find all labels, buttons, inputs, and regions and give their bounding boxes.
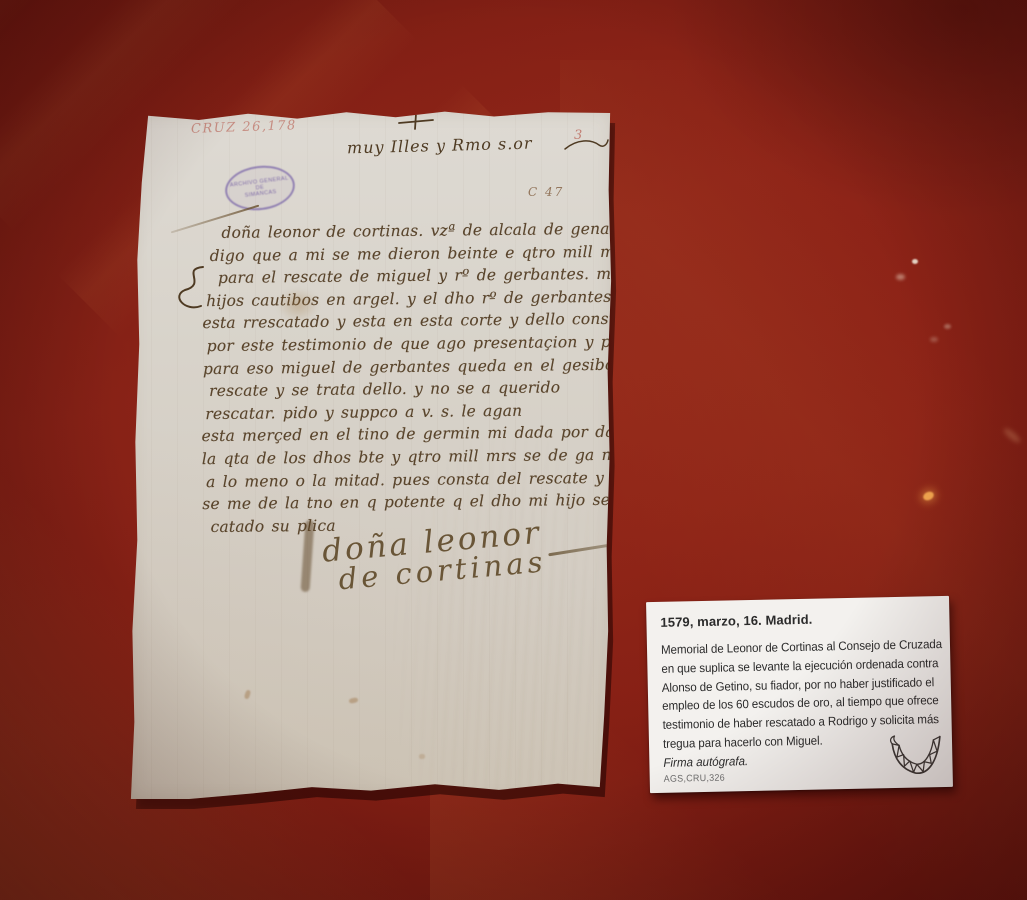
photo-vignette [0,0,1027,900]
